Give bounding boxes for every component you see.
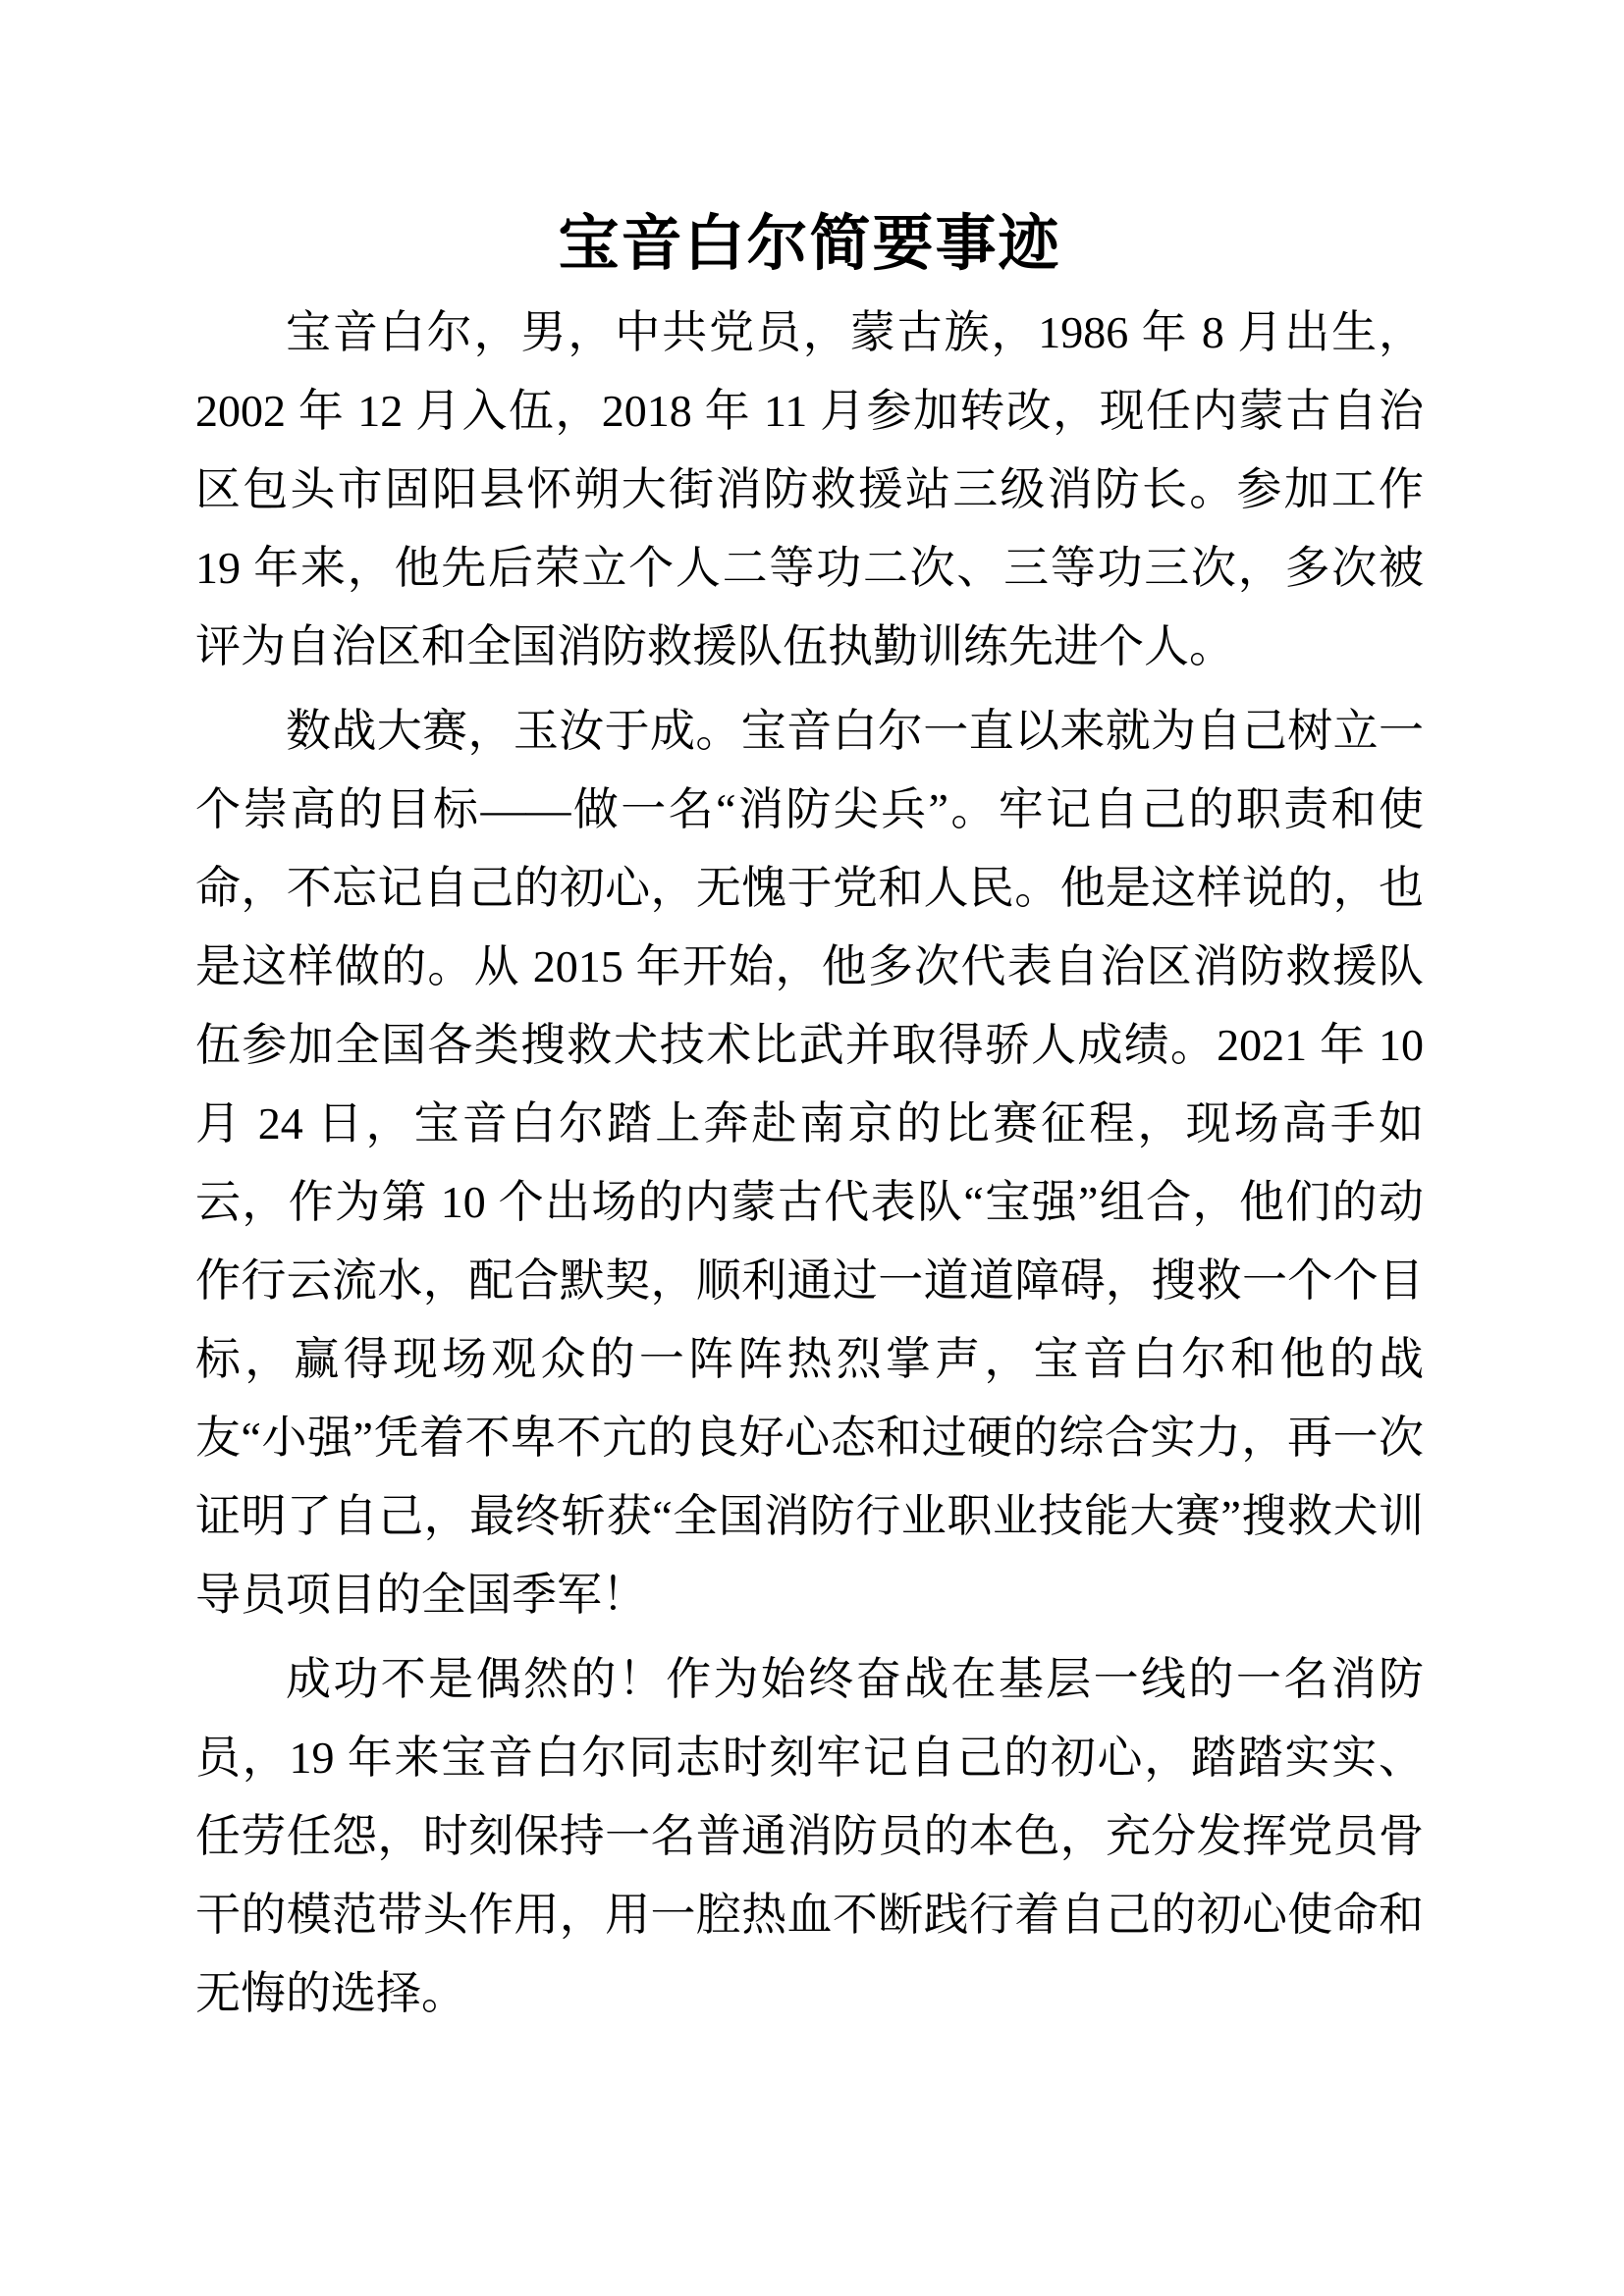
paragraph-competition: 数战大赛，玉汝于成。宝音白尔一直以来就为自己树立一个崇高的目标——做一名“消防尖… xyxy=(195,692,1424,1634)
document-body: 宝音白尔简要事迹 宝音白尔，男，中共党员，蒙古族，1986 年 8 月出生，20… xyxy=(195,201,1424,2033)
document-page: 宝音白尔简要事迹 宝音白尔，男，中共党员，蒙古族，1986 年 8 月出生，20… xyxy=(0,0,1624,2296)
document-title: 宝音白尔简要事迹 xyxy=(195,201,1424,288)
paragraph-conclusion: 成功不是偶然的！作为始终奋战在基层一线的一名消防员，19 年来宝音白尔同志时刻牢… xyxy=(195,1640,1424,2033)
paragraph-biography: 宝音白尔，男，中共党员，蒙古族，1986 年 8 月出生，2002 年 12 月… xyxy=(195,294,1424,686)
